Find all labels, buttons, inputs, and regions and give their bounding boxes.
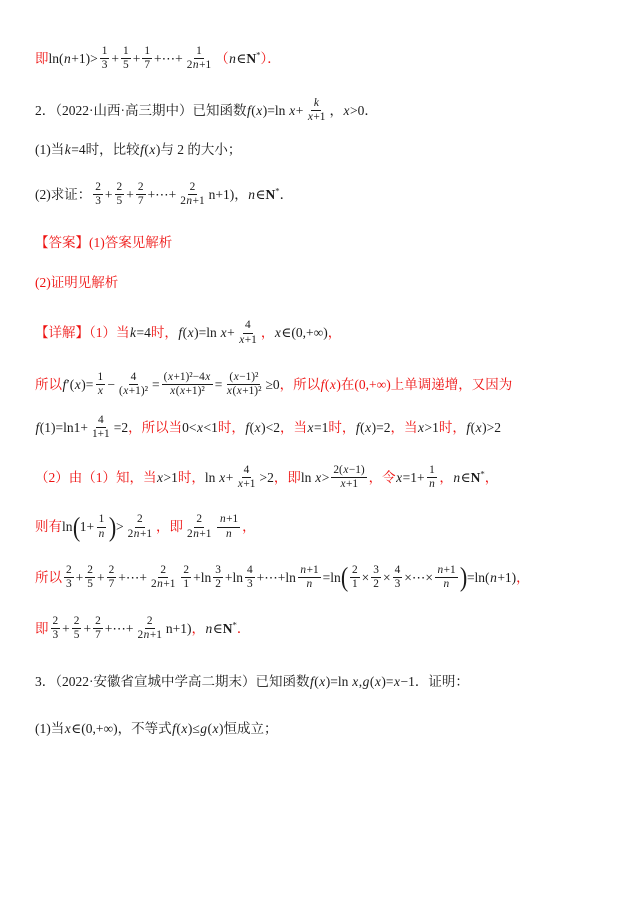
fraction: 23 [93, 181, 103, 209]
math-run: n∈N* [229, 49, 261, 69]
text-run: (2)求证： [35, 185, 91, 205]
math-run: >2 [259, 468, 273, 488]
big-paren: ) [460, 565, 467, 590]
fraction-denominator: x(x+1)² [224, 385, 263, 398]
text-run: （ [215, 49, 229, 69]
math-run: f′(x)= [62, 375, 93, 395]
text-run: 所以 [35, 375, 62, 395]
text-run: 与 2 的大小； [160, 140, 241, 160]
math-run: +⋯+ [105, 619, 134, 639]
fraction-denominator: x+1 [305, 111, 327, 124]
fraction: 13 [100, 45, 110, 73]
fraction-denominator: x+1 [235, 478, 257, 491]
fraction-denominator: 2 [213, 578, 223, 591]
math-run: + [83, 619, 91, 639]
fraction: 22n+1 [136, 615, 164, 643]
fraction: 27 [107, 564, 117, 592]
fraction: 21 [350, 564, 360, 592]
text-run: 时，比较 [86, 140, 140, 160]
fraction-numerator: (x+1)²−4x [162, 371, 213, 385]
fraction-denominator: 2 [371, 578, 381, 591]
text-run: ， [328, 323, 342, 343]
math-run: k=4 [130, 323, 151, 343]
math-run: f(x) [320, 375, 341, 395]
text-run: ）． [261, 49, 281, 69]
text-run: ， [234, 185, 248, 205]
math-run: n∈N* [205, 619, 237, 639]
fraction: 22n+1 [185, 513, 213, 541]
math-run: f(x)<2 [245, 418, 280, 438]
fraction: 32 [213, 564, 223, 592]
fraction-denominator: n [427, 478, 438, 491]
problem-2-header: 2．（2022·山西·高三期中）已知函数f(x)=ln x+kx+1，x>0． [35, 97, 620, 125]
telescoping-sum-line: 所以23+25+27+⋯+22n+121+ln32+ln43+⋯+lnn+1n=… [35, 564, 620, 592]
math-run: x>1 [417, 418, 438, 438]
text-run: 即 [35, 49, 49, 69]
text-run: 时， [178, 468, 205, 488]
text-run: 【详解】（1）当 [35, 323, 130, 343]
fraction: 43 [245, 564, 255, 592]
text-run: ，即 [156, 517, 183, 537]
fraction-denominator: n [96, 528, 107, 541]
text-run: ． [237, 619, 251, 639]
fraction-numerator: 1 [96, 371, 106, 385]
fraction-denominator: 1+1 [90, 428, 112, 441]
text-run: 【答案】(1)答案见解析 [35, 233, 172, 253]
math-run: f(x)=2 [355, 418, 390, 438]
fraction-numerator: 2 [107, 564, 117, 578]
fraction-numerator: 2 [64, 564, 74, 578]
answer-label-line: 【答案】(1)答案见解析 [35, 233, 620, 253]
math-run: +⋯+ [154, 49, 183, 69]
math-run: x∈(0,+∞) [64, 719, 117, 739]
fraction: 27 [93, 615, 103, 643]
fraction-numerator: 2 [93, 181, 103, 195]
math-run: k=4 [64, 140, 85, 160]
math-run: +⋯+ [118, 568, 147, 588]
fraction: 25 [72, 615, 82, 643]
text-run: ， [516, 568, 530, 588]
math-run: f(x)=ln x,g(x)=x−1 [310, 672, 415, 692]
fraction: 4x+1 [237, 319, 259, 347]
fraction: 32 [371, 564, 381, 592]
fraction: n+1n [298, 564, 321, 592]
math-run: + [97, 568, 105, 588]
fraction-numerator: 2 [93, 615, 103, 629]
fraction-denominator: x(x+1)² [168, 385, 207, 398]
fraction-numerator: n+1 [435, 564, 458, 578]
fraction-denominator: 3 [245, 578, 255, 591]
fraction-numerator: 4 [96, 414, 106, 428]
fraction-numerator: 4 [393, 564, 403, 578]
fraction: 25 [115, 181, 125, 209]
fraction: n+1n [217, 513, 240, 541]
fraction-numerator: 4 [129, 371, 139, 385]
math-run: 1+ [80, 517, 94, 537]
fraction-denominator: x [95, 385, 105, 398]
fraction-denominator: 3 [393, 578, 403, 591]
math-run: + [62, 619, 70, 639]
fraction-denominator: 3 [64, 578, 74, 591]
fraction-numerator: 2(x−1) [331, 464, 366, 478]
text-run: 时， [439, 418, 466, 438]
fraction-numerator: 2 [188, 181, 198, 195]
answer-part2-line: (2)证明见解析 [35, 273, 620, 293]
fraction-numerator: 2 [194, 513, 204, 527]
text-run: ． [280, 185, 294, 205]
fraction-denominator: n [223, 528, 234, 541]
math-run: x=1+ [396, 468, 425, 488]
fraction: 4(x+1)² [117, 371, 150, 399]
problem-2-part1: (1)当k=4时，比较f(x)与 2 的大小； [35, 140, 620, 160]
fraction-numerator: 2 [85, 564, 95, 578]
derivative-line: 所以f′(x)=1x−4(x+1)²=(x+1)²−4xx(x+1)²=(x−1… [35, 371, 620, 399]
fraction-denominator: 5 [121, 59, 131, 72]
fraction-numerator: n+1 [298, 564, 321, 578]
fraction-numerator: 2 [158, 564, 168, 578]
text-run: ，不等式 [118, 719, 172, 739]
text-run: ，所以当 [128, 418, 182, 438]
math-run: 0<x<1 [182, 418, 218, 438]
fraction-numerator: (x−1)² [227, 371, 260, 385]
fraction-numerator: k [311, 97, 321, 111]
math-run: f(x)≤g(x) [172, 719, 224, 739]
math-run: ln [62, 517, 73, 537]
fraction-numerator: 1 [427, 464, 437, 478]
math-run: x>1 [157, 468, 178, 488]
fraction: kx+1 [305, 97, 327, 125]
fraction-numerator: 1 [121, 45, 131, 59]
fraction-denominator: 3 [100, 59, 110, 72]
text-run: ，所以 [280, 375, 321, 395]
fraction: 27 [136, 181, 146, 209]
problem-2-part2: (2)求证：23+25+27+⋯+22n+1n+1)，n∈N*． [35, 181, 620, 209]
fraction-denominator: 3 [51, 629, 61, 642]
math-run: ×⋯× [404, 568, 433, 588]
text-run: ， [242, 517, 256, 537]
fraction-numerator: 2 [136, 181, 146, 195]
fraction: 22n+1 [149, 564, 177, 592]
fraction-denominator: n [304, 578, 315, 591]
math-run: n+1) [166, 619, 192, 639]
math-run: f(1)=ln1+ [35, 418, 88, 438]
math-run: +⋯+ [148, 185, 177, 205]
text-run: ． [364, 101, 378, 121]
fraction: 23 [51, 615, 61, 643]
fraction: 4x+1 [235, 464, 257, 492]
text-run: ，令 [369, 468, 396, 488]
fraction-denominator: x+1 [237, 334, 259, 347]
math-run: n+1) [209, 185, 235, 205]
math-run: f(x)=ln x+ [247, 101, 304, 121]
fraction-numerator: 2 [181, 564, 191, 578]
fraction-denominator: (x+1)² [117, 385, 150, 398]
math-run: = [215, 375, 223, 395]
fraction: 2(x−1)x+1 [331, 464, 366, 492]
math-run: f(x)=ln x+ [178, 323, 235, 343]
fraction: (x+1)²−4xx(x+1)² [162, 371, 213, 399]
text-run: 恒成立； [224, 719, 278, 739]
fraction-denominator: 2n+1 [178, 195, 206, 208]
text-run: ， [439, 468, 453, 488]
text-run: （2）由（1）知，当 [35, 468, 157, 488]
fraction-denominator: 2n+1 [185, 59, 213, 72]
big-paren: ( [72, 515, 79, 540]
text-run: ，当 [280, 418, 307, 438]
fraction: 15 [121, 45, 131, 73]
fraction-denominator: 2n+1 [126, 528, 154, 541]
text-run: ， [485, 468, 499, 488]
fraction-numerator: 2 [115, 181, 125, 195]
text-run: (1)当 [35, 719, 64, 739]
text-run: (1)当 [35, 140, 64, 160]
math-run: + [105, 185, 113, 205]
text-run: ， [192, 619, 206, 639]
red-conclusion-line: 即ln(n+1)>13+15+17+⋯+12n+1（n∈N*）． [35, 45, 620, 73]
fraction-numerator: 3 [213, 564, 223, 578]
fraction-numerator: 1 [100, 45, 110, 59]
fraction-numerator: 1 [142, 45, 152, 59]
math-run: + [76, 568, 84, 588]
fraction-denominator: 7 [136, 195, 146, 208]
math-run: − [107, 375, 115, 395]
math-run: = [152, 375, 160, 395]
part2-substitution-line: （2）由（1）知，当x>1时，ln x+4x+1>2，即ln x>2(x−1)x… [35, 464, 620, 492]
fraction-denominator: 2n+1 [185, 528, 213, 541]
math-run: =2 [114, 418, 128, 438]
fraction: 22n+1 [126, 513, 154, 541]
math-run: + [111, 49, 119, 69]
text-run: 2．（2022·山西·高三期中）已知函数 [35, 101, 247, 121]
text-run: 时， [328, 418, 355, 438]
math-run: f(x) [140, 140, 161, 160]
fraction-denominator: 5 [72, 629, 82, 642]
fraction-numerator: 2 [72, 615, 82, 629]
math-run: +ln [225, 568, 243, 588]
fraction-denominator: 7 [93, 629, 103, 642]
fraction: 1x [95, 371, 105, 399]
fraction: 23 [64, 564, 74, 592]
fraction-numerator: 4 [245, 564, 255, 578]
fraction: 1n [96, 513, 107, 541]
math-run: > [116, 517, 124, 537]
math-run: n∈N* [453, 468, 485, 488]
fraction-denominator: 2n+1 [136, 629, 164, 642]
fraction: 41+1 [90, 414, 112, 442]
math-run: x=1 [307, 418, 328, 438]
fraction-numerator: 2 [51, 615, 61, 629]
fraction-numerator: n+1 [217, 513, 240, 527]
fraction: 17 [142, 45, 152, 73]
text-run: 时， [218, 418, 245, 438]
text-run: 即 [35, 619, 49, 639]
monotonic-cases-line: f(1)=ln1+41+1=2，所以当0<x<1时，f(x)<2，当x=1时，f… [35, 414, 620, 442]
text-run: 3．（2022·安徽省宣城中学高二期末）已知函数 [35, 672, 310, 692]
math-run: x∈(0,+∞) [274, 323, 327, 343]
fraction-denominator: x+1 [338, 478, 360, 491]
fraction-numerator: 2 [145, 615, 155, 629]
math-run: + [126, 185, 134, 205]
fraction: 43 [393, 564, 403, 592]
problem-3-part1: (1)当x∈(0,+∞)，不等式f(x)≤g(x)恒成立； [35, 719, 620, 739]
fraction: 1n [427, 464, 438, 492]
fraction: n+1n [435, 564, 458, 592]
final-conclusion-line: 即23+25+27+⋯+22n+1n+1)，n∈N*． [35, 615, 620, 643]
math-run: =ln(n+1) [467, 568, 516, 588]
text-run: ，当 [390, 418, 417, 438]
text-run: ．证明： [415, 672, 469, 692]
problem-3-header: 3．（2022·安徽省宣城中学高二期末）已知函数f(x)=ln x,g(x)=x… [35, 672, 620, 692]
big-paren: ) [109, 515, 116, 540]
text-run: 则有 [35, 517, 62, 537]
math-run: x>0 [343, 101, 364, 121]
text-run: 在 [341, 375, 355, 395]
fraction-denominator: 2n+1 [149, 578, 177, 591]
text-run: 所以 [35, 568, 62, 588]
solution-intro-line: 【详解】（1）当k=4时，f(x)=ln x+4x+1，x∈(0,+∞)， [35, 319, 620, 347]
math-run: ln x+ [205, 468, 234, 488]
fraction-numerator: 2 [350, 564, 360, 578]
math-run: + [133, 49, 141, 69]
fraction-denominator: 3 [93, 195, 103, 208]
fraction-numerator: 4 [242, 464, 252, 478]
math-run: n∈N* [248, 185, 280, 205]
fraction: 21 [181, 564, 191, 592]
fraction-denominator: n [441, 578, 452, 591]
math-run: ≥0 [265, 375, 279, 395]
text-run: ， [261, 323, 275, 343]
fraction: 22n+1 [178, 181, 206, 209]
fraction-numerator: 3 [371, 564, 381, 578]
text-run: 时， [151, 323, 178, 343]
inequality-derived-line: 则有ln(1+1n)>22n+1，即22n+1n+1n， [35, 513, 620, 541]
fraction: 12n+1 [185, 45, 213, 73]
big-paren: ( [341, 565, 348, 590]
fraction-denominator: 1 [350, 578, 360, 591]
fraction-denominator: 7 [107, 578, 117, 591]
fraction-denominator: 5 [85, 578, 95, 591]
text-run: ， [329, 101, 343, 121]
fraction-denominator: 5 [115, 195, 125, 208]
fraction-numerator: 1 [97, 513, 107, 527]
fraction-denominator: 7 [142, 59, 152, 72]
text-run: (2)证明见解析 [35, 273, 118, 293]
math-run: × [362, 568, 370, 588]
math-run: =ln [323, 568, 341, 588]
text-run: ，即 [274, 468, 301, 488]
text-run: 上单调递增，又因为 [391, 375, 513, 395]
fraction-numerator: 2 [135, 513, 145, 527]
fraction-numerator: 1 [194, 45, 204, 59]
math-run: (0,+∞) [354, 375, 390, 395]
math-run: +⋯+ln [257, 568, 296, 588]
fraction-denominator: 1 [181, 578, 191, 591]
math-run: ln(n+1)> [49, 49, 98, 69]
math-run: +ln [193, 568, 211, 588]
document-page: 即ln(n+1)>13+15+17+⋯+12n+1（n∈N*）．2．（2022·… [0, 0, 642, 907]
fraction: 25 [85, 564, 95, 592]
fraction: (x−1)²x(x+1)² [224, 371, 263, 399]
math-run: f(x)>2 [466, 418, 501, 438]
math-run: × [383, 568, 391, 588]
math-run: ln x> [301, 468, 330, 488]
fraction-numerator: 4 [243, 319, 253, 333]
